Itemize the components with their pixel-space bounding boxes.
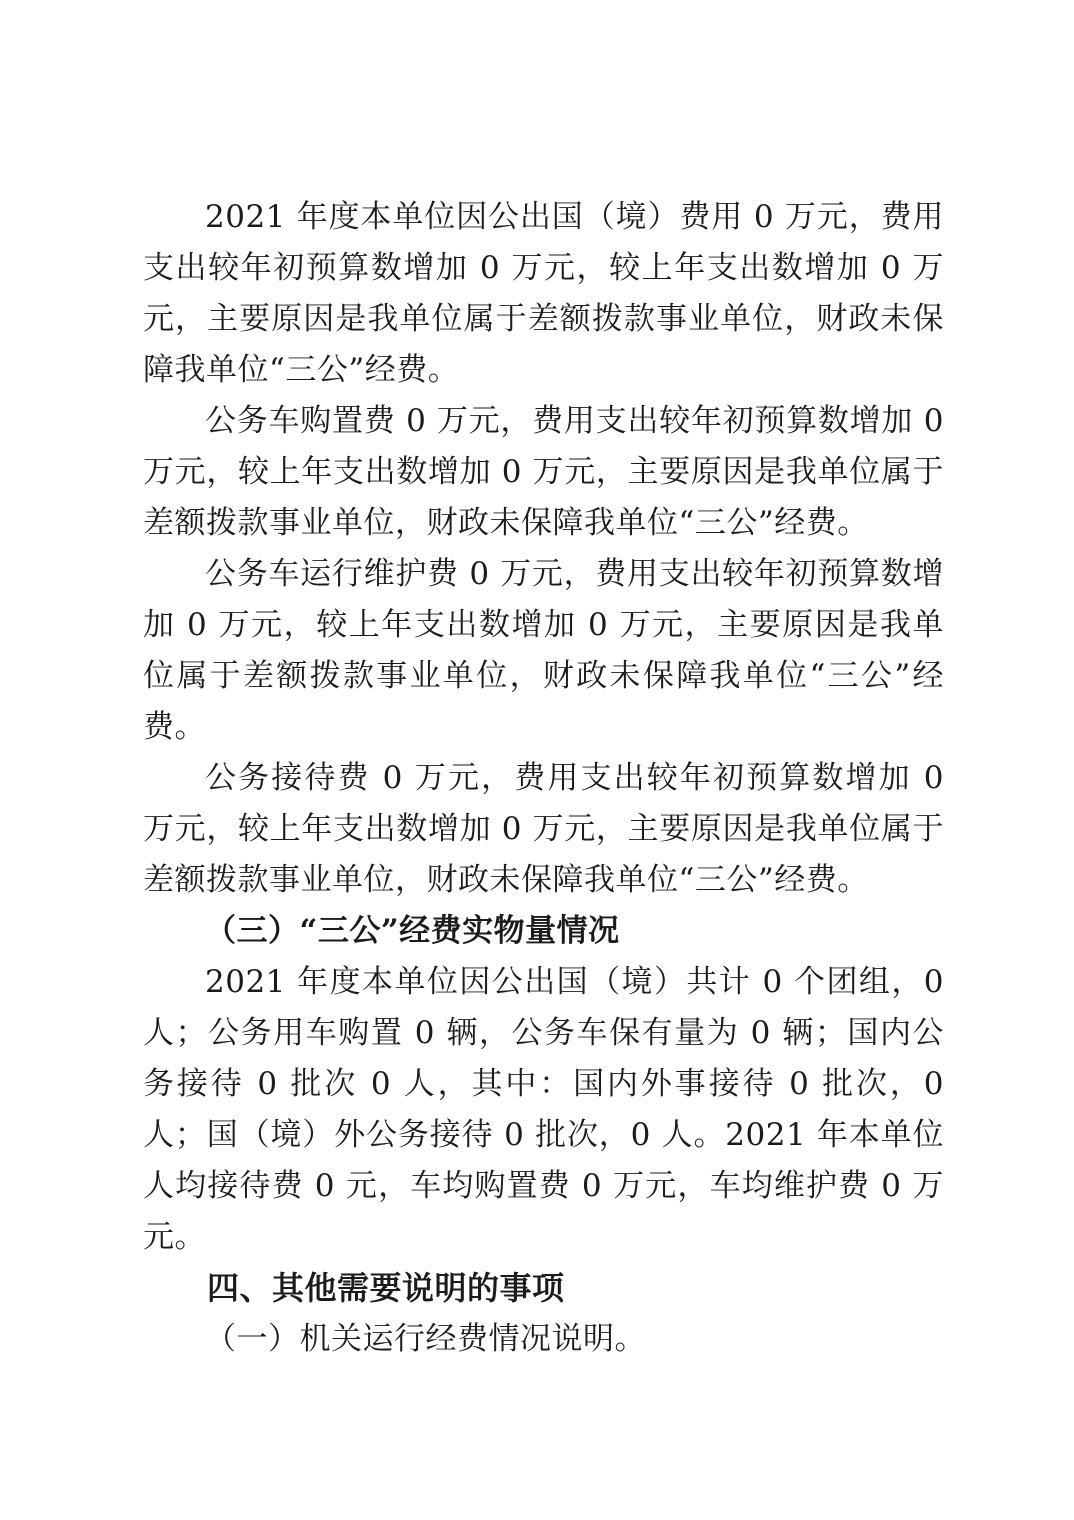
paragraph-vehicle-maintenance-expense: 公务车运行维护费 0 万元，费用支出较年初预算数增加 0 万元，较上年支出数增加… [143, 549, 944, 753]
paragraph-vehicle-purchase-expense: 公务车购置费 0 万元，费用支出较年初预算数增加 0 万元，较上年支出数增加 0… [143, 396, 944, 549]
document-page: 2021 年度本单位因公出国（境）费用 0 万元，费用支出较年初预算数增加 0 … [0, 0, 1074, 1520]
paragraph-abroad-expense: 2021 年度本单位因公出国（境）费用 0 万元，费用支出较年初预算数增加 0 … [143, 192, 944, 396]
document-text-block: 2021 年度本单位因公出国（境）费用 0 万元，费用支出较年初预算数增加 0 … [143, 192, 944, 1365]
paragraph-physical-quantity-details: 2021 年度本单位因公出国（境）共计 0 个团组，0 人；公务用车购置 0 辆… [143, 957, 944, 1263]
paragraph-official-reception-expense: 公务接待费 0 万元，费用支出较年初预算数增加 0 万元，较上年支出数增加 0 … [143, 753, 944, 906]
paragraph-operating-expense-note: （一）机关运行经费情况说明。 [143, 1314, 944, 1365]
section-heading-three-public-physical-quantity: （三）“三公”经费实物量情况 [143, 906, 944, 957]
section-heading-other-matters: 四、其他需要说明的事项 [143, 1263, 944, 1314]
